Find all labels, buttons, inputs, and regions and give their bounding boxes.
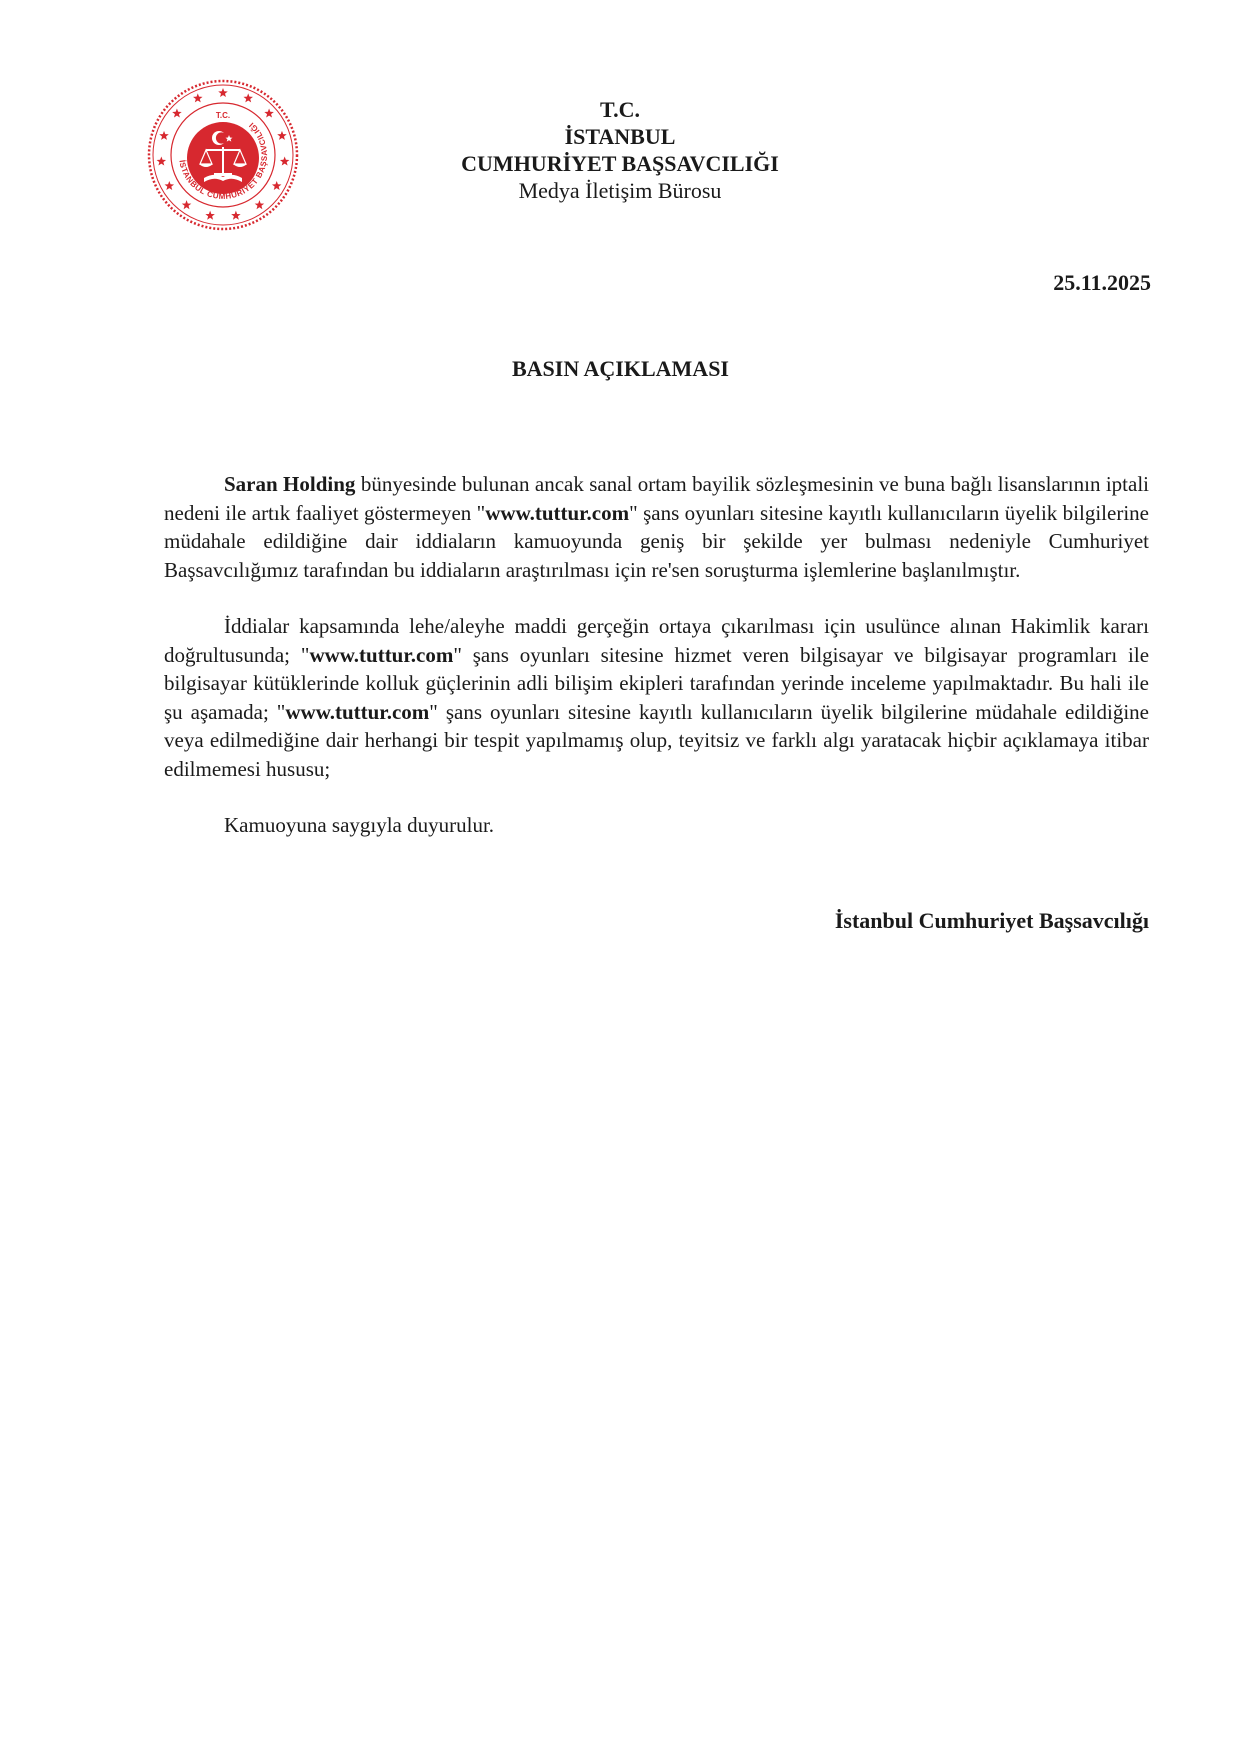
header-office: CUMHURİYET BAŞSAVCILIĞI: [380, 150, 860, 177]
paragraph-2: İddialar kapsamında lehe/aleyhe maddi ge…: [164, 612, 1149, 783]
document-header: T.C. İSTANBUL CUMHURİYET BAŞSAVCILIĞI Me…: [380, 96, 860, 204]
website-name: www.tuttur.com: [485, 501, 629, 525]
document-title: BASIN AÇIKLAMASI: [0, 356, 1241, 382]
document-date: 25.11.2025: [1053, 270, 1151, 296]
website-name: www.tuttur.com: [285, 700, 429, 724]
header-city: İSTANBUL: [380, 123, 860, 150]
header-tc: T.C.: [380, 96, 860, 123]
svg-text:T.C.: T.C.: [216, 111, 230, 120]
seal-graphic: İSTANBUL CUMHURİYET BAŞSAVCILIĞI T.C.: [146, 78, 300, 232]
website-name: www.tuttur.com: [309, 643, 453, 667]
paragraph-1: Saran Holding bünyesinde bulunan ancak s…: [164, 470, 1149, 584]
prosecutor-office-seal-icon: İSTANBUL CUMHURİYET BAŞSAVCILIĞI T.C.: [146, 78, 300, 232]
company-name: Saran Holding: [224, 472, 355, 496]
signature: İstanbul Cumhuriyet Başsavcılığı: [835, 908, 1149, 934]
document-body: Saran Holding bünyesinde bulunan ancak s…: [164, 470, 1149, 868]
paragraph-3: Kamuoyuna saygıyla duyurulur.: [164, 811, 1149, 840]
header-department: Medya İletişim Bürosu: [380, 177, 860, 204]
